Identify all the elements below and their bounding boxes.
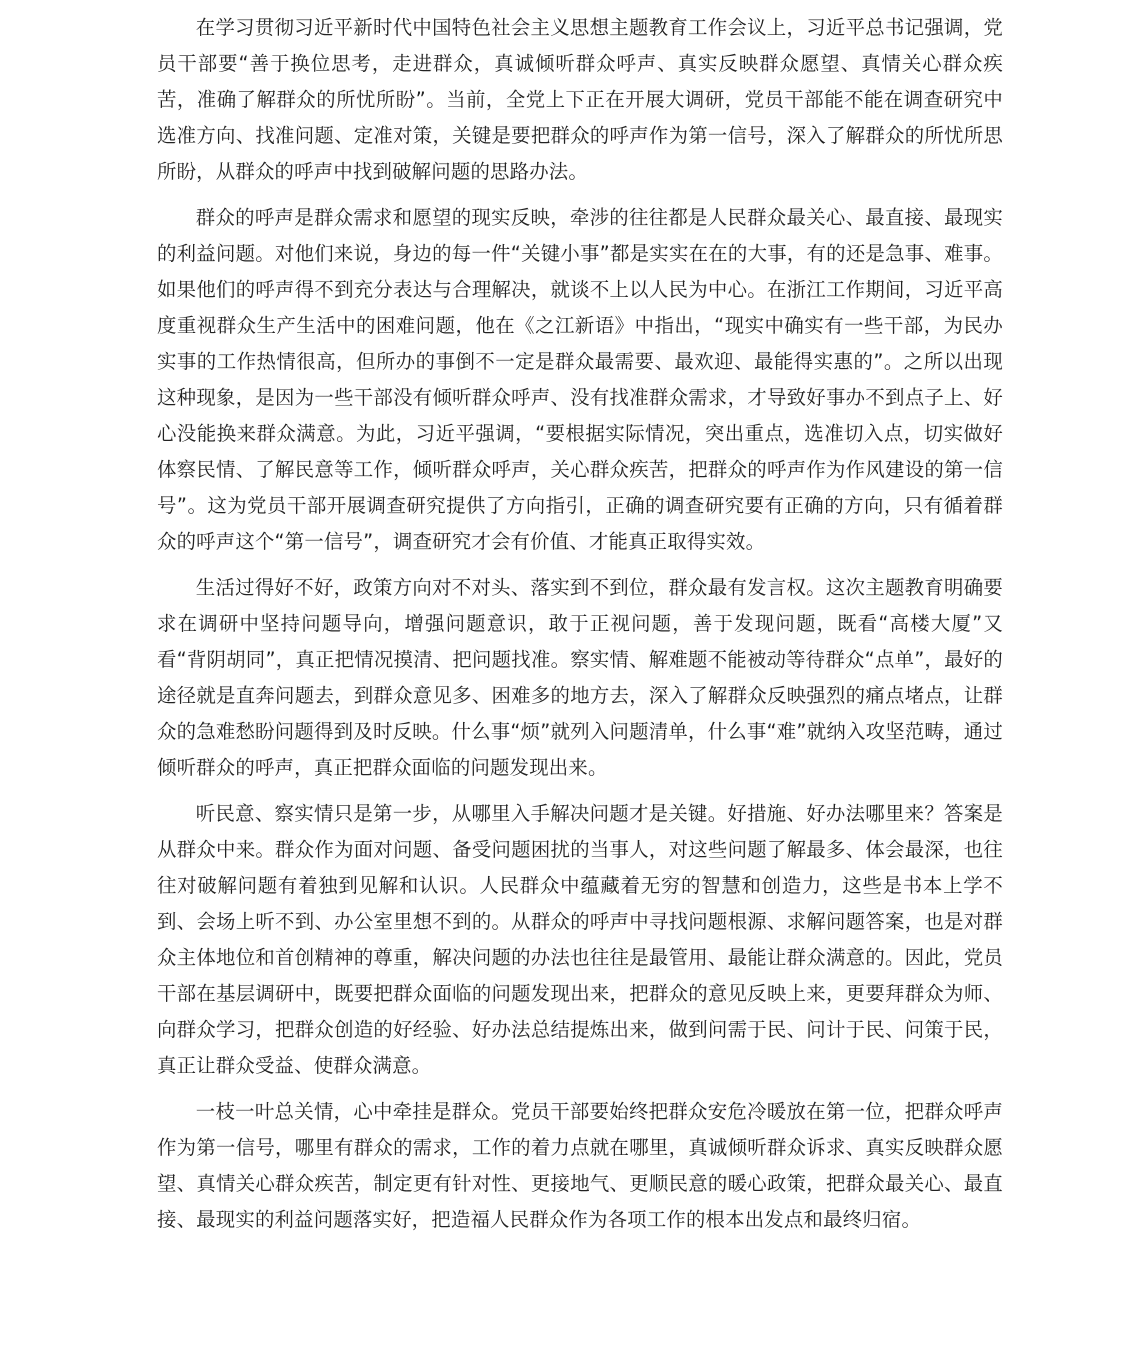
paragraph-5: 一枝一叶总关情，心中牵挂是群众。党员干部要始终把群众安危冷暖放在第一位，把群众呼… <box>157 1094 1003 1238</box>
paragraph-3: 生活过得好不好，政策方向对不对头、落实到不到位，群众最有发言权。这次主题教育明确… <box>157 570 1003 786</box>
article-body: 在学习贯彻习近平新时代中国特色社会主义思想主题教育工作会议上，习近平总书记强调，… <box>157 10 1003 1248</box>
paragraph-2: 群众的呼声是群众需求和愿望的现实反映，牵涉的往往都是人民群众最关心、最直接、最现… <box>157 200 1003 560</box>
paragraph-4: 听民意、察实情只是第一步，从哪里入手解决问题才是关键。好措施、好办法哪里来？答案… <box>157 796 1003 1084</box>
paragraph-1: 在学习贯彻习近平新时代中国特色社会主义思想主题教育工作会议上，习近平总书记强调，… <box>157 10 1003 190</box>
